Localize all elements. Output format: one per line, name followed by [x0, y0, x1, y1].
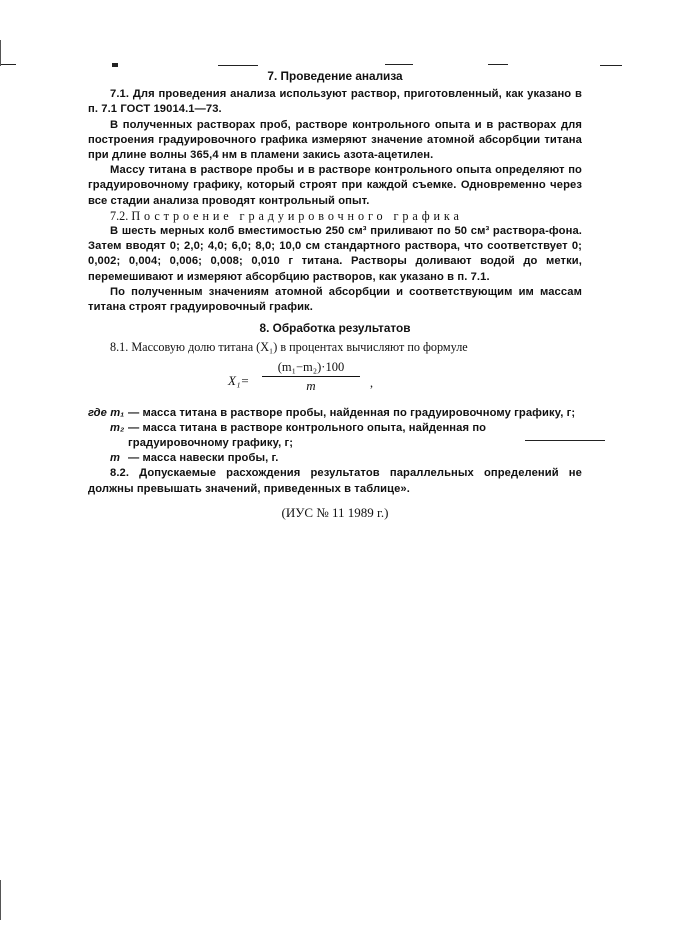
definitions-list: где m₁ — масса титана в растворе пробы, … [88, 406, 582, 467]
definition-item: где m₁ — масса титана в растворе пробы, … [88, 406, 582, 421]
formula-denominator: m [262, 377, 360, 393]
subsection-7-2-heading: 7.2. Построение градуировочного графика [88, 209, 582, 224]
definition-text: — масса навески пробы, г. [128, 451, 582, 466]
scan-artifact-line [600, 65, 622, 66]
formula-trail: , [370, 376, 373, 391]
scan-edge-mark [0, 40, 1, 66]
subsection-number: 7.2. [110, 209, 128, 223]
definition-item: m₂ — масса титана в растворе контрольног… [88, 421, 582, 451]
formula-lhs: X₁= [228, 373, 249, 388]
definition-text: — масса титана в растворе контрольного о… [128, 421, 582, 451]
paragraph-7-1-b: В полученных растворах проб, растворе ко… [88, 118, 582, 164]
definition-symbol: m₂ [88, 421, 128, 451]
scan-edge-mark [0, 880, 1, 920]
definition-item: m — масса навески пробы, г. [88, 451, 582, 466]
formula-numerator: (m₁−m₂)·100 [262, 360, 360, 376]
definition-symbol: где m₁ [88, 406, 128, 421]
scan-artifact-line [0, 64, 16, 65]
definition-text: — масса титана в растворе пробы, найденн… [128, 406, 582, 421]
paragraph-8-1: 8.1. Массовую долю титана (X₁) в процент… [88, 340, 582, 355]
paragraph-7-1-c: Массу титана в растворе пробы и в раство… [88, 163, 582, 209]
paragraph-7-2-a: В шесть мерных колб вместимостью 250 см³… [88, 224, 582, 285]
subsection-title: Построение градуировочного графика [131, 209, 463, 223]
where-label: где [88, 407, 107, 419]
paragraph-8-2: 8.2. Допускаемые расхождения результатов… [88, 466, 582, 496]
paragraph-7-1: 7.1. Для проведения анализа используют р… [88, 87, 582, 117]
ius-reference: (ИУС № 11 1989 г.) [88, 505, 582, 520]
paragraph-7-2-b: По полученным значениям атомной абсорбци… [88, 285, 582, 315]
formula-fraction: (m₁−m₂)·100 m [262, 360, 360, 393]
section-7-heading: 7. Проведение анализа [88, 69, 582, 84]
document-page: 7. Проведение анализа 7.1. Для проведени… [88, 64, 582, 520]
symbol-m1: m₁ [110, 407, 124, 419]
formula: X₁= (m₁−m₂)·100 m , [88, 358, 582, 404]
definition-symbol: m [88, 451, 128, 466]
section-8-heading: 8. Обработка результатов [88, 321, 582, 336]
